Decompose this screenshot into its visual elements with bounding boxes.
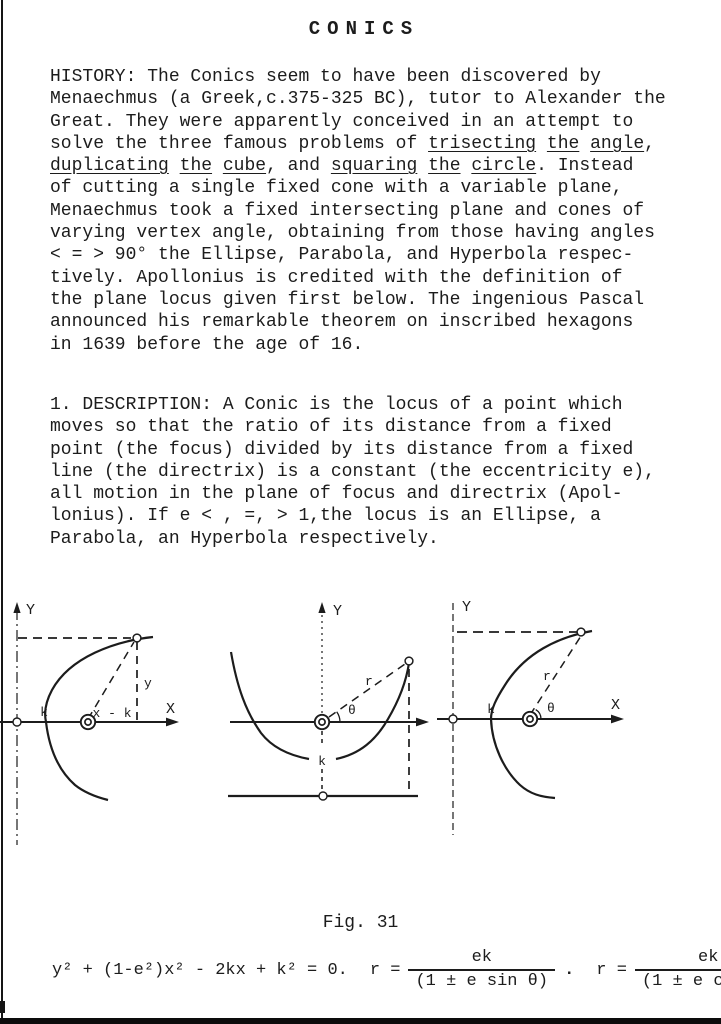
fraction-denominator: (1 ± e cos θ) xyxy=(635,969,721,992)
equations-row: y² + (1-e²)x² - 2kx + k² = 0. r = ek (1 … xyxy=(52,942,712,998)
fraction-numerator: ek xyxy=(465,948,499,969)
polar-equation-2-lhs: r = xyxy=(596,961,627,980)
moving-point xyxy=(577,628,585,636)
x-axis-arrow-icon xyxy=(611,715,624,724)
directrix-foot-point xyxy=(319,792,327,800)
origin-point xyxy=(13,718,21,726)
radius-label: r xyxy=(365,674,373,689)
figure-conic-polar-sin: Y r θ k xyxy=(225,595,435,850)
y-axis-label: Y xyxy=(26,602,35,619)
polar-equation-1-fraction: ek (1 ± e sin θ) xyxy=(408,948,555,991)
radius-vector-dashed-line xyxy=(530,636,581,715)
polar-equation-2-fraction: ek (1 ± e cos θ) xyxy=(635,948,721,991)
radius-label: r xyxy=(543,669,551,684)
k-distance-label: k xyxy=(318,754,326,769)
focus-point-outer xyxy=(315,715,329,729)
scan-artifact xyxy=(0,1001,5,1013)
document-page: CONICS HISTORY: The Conics seem to have … xyxy=(0,0,721,1024)
y-axis-label: Y xyxy=(333,603,342,620)
theta-label: θ xyxy=(348,703,356,718)
conic-curve xyxy=(491,631,592,798)
x-minus-k-label: x - k xyxy=(92,706,131,721)
y-axis-arrow-icon xyxy=(13,602,20,613)
description-paragraph: 1. DESCRIPTION: A Conic is the locus of … xyxy=(50,394,655,550)
page-title: CONICS xyxy=(0,18,721,40)
focus-point-outer xyxy=(523,712,537,726)
k-distance-label: k xyxy=(487,702,495,717)
x-axis-label: X xyxy=(166,701,175,718)
conic-curve-left xyxy=(231,652,309,759)
figure-conic-polar-cos: Y X r θ k xyxy=(435,595,721,850)
x-axis-arrow-icon xyxy=(416,718,429,727)
fraction-numerator: ek xyxy=(691,948,721,969)
figure-conic-rectangular: Y X y k x - k xyxy=(0,595,230,850)
moving-point xyxy=(405,657,413,665)
fraction-denominator: (1 ± e sin θ) xyxy=(408,969,555,992)
ordinate-label: y xyxy=(144,676,152,691)
history-paragraph: HISTORY: The Conics seem to have been di… xyxy=(50,66,666,356)
equation-period: . xyxy=(564,961,574,980)
polar-equation-1-lhs: r = xyxy=(370,961,401,980)
x-axis-label: X xyxy=(611,697,620,714)
y-axis-label: Y xyxy=(462,599,471,616)
theta-angle-arc xyxy=(337,712,340,722)
x-axis-arrow-icon xyxy=(166,718,179,727)
cartesian-equation: y² + (1-e²)x² - 2kx + k² = 0. xyxy=(52,961,348,980)
k-distance-label: k xyxy=(40,705,48,720)
origin-point xyxy=(449,715,457,723)
y-axis-arrow-icon xyxy=(318,602,325,613)
scan-edge-left xyxy=(1,0,3,1024)
moving-point xyxy=(133,634,141,642)
theta-label: θ xyxy=(547,701,555,716)
figure-caption: Fig. 31 xyxy=(0,913,721,933)
scan-edge-bottom xyxy=(0,1018,721,1024)
